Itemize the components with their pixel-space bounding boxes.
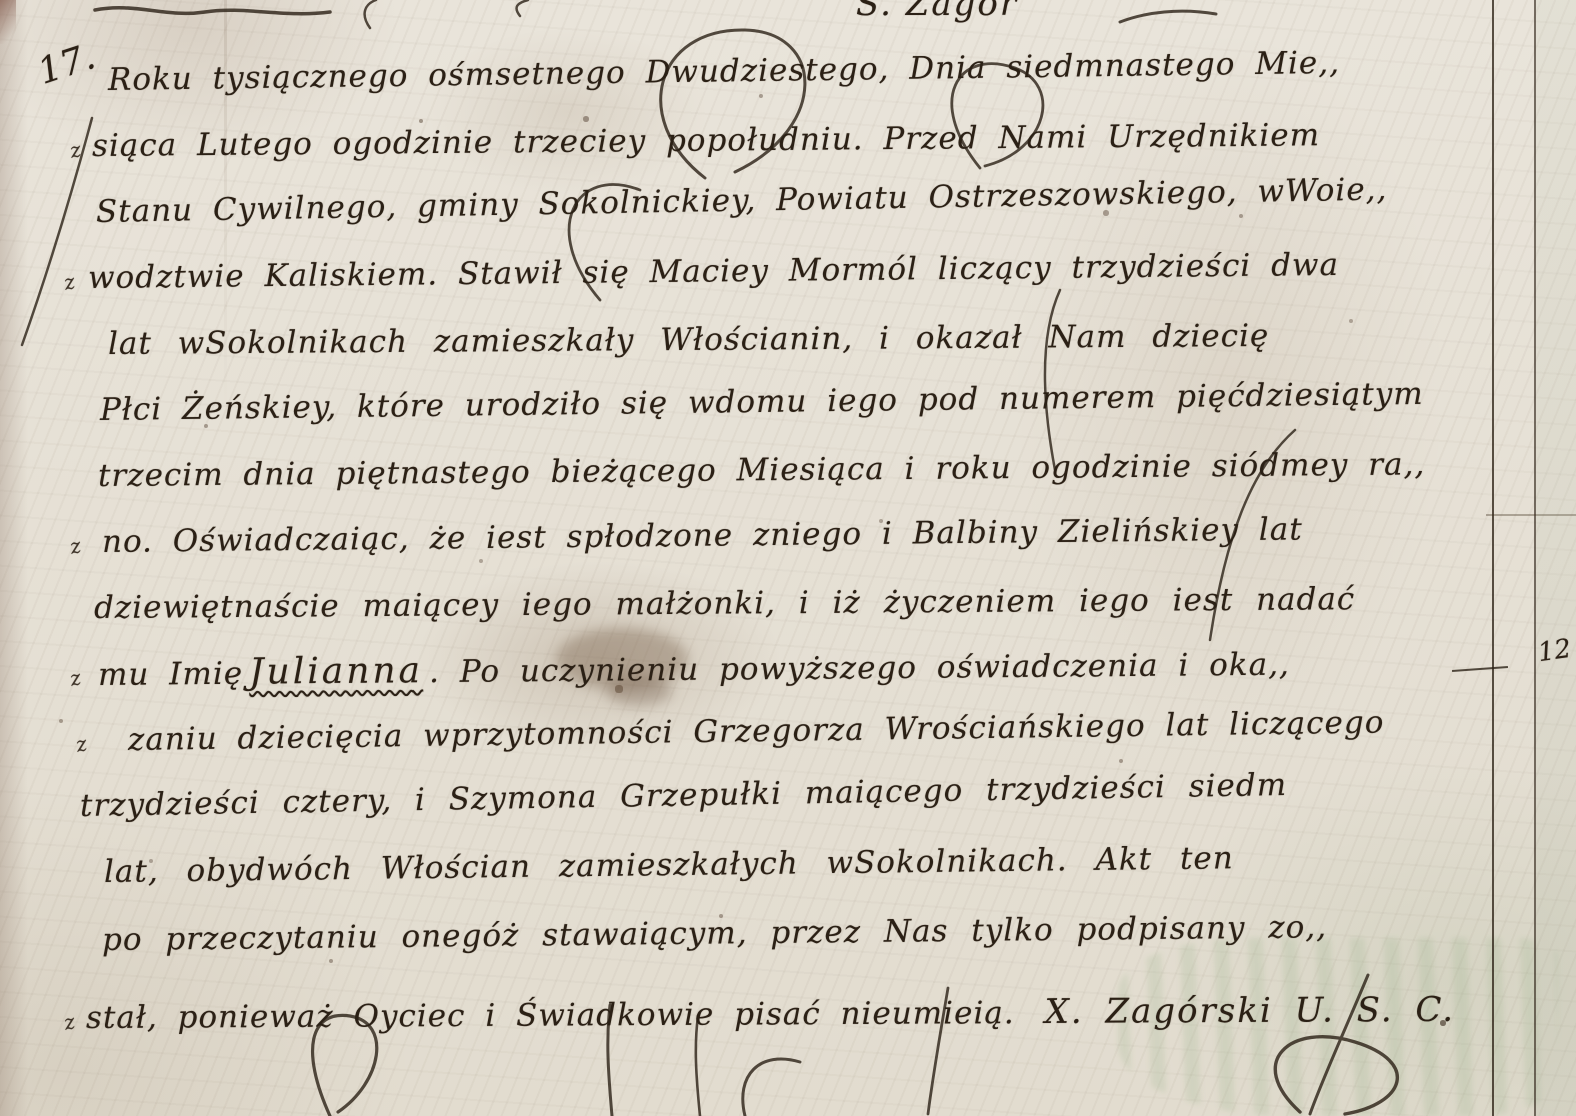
record-number: 17. <box>33 36 100 93</box>
manuscript-line: no. Oświadczaiąc, że iest spłodzone znie… <box>102 507 1303 564</box>
hyphen-continuation-mark: z <box>68 137 83 163</box>
manuscript-line: zaniu dziecięcia wprzytomności Grzegorza… <box>128 700 1385 762</box>
manuscript-line: po przeczytaniu onegóż stawaiącym, przez… <box>102 905 1327 962</box>
previous-record-signature-fragment: S. Zagór <box>856 0 1018 24</box>
ink-specks <box>0 0 2 2</box>
hyphen-continuation-mark: z <box>62 269 77 295</box>
hyphen-continuation-mark: z <box>68 533 83 559</box>
hyphen-continuation-mark: z <box>62 1009 77 1035</box>
manuscript-line: Roku tysiącznego ośmsetnego Dwudziestego… <box>108 41 1341 102</box>
manuscript-line: trzecim dnia piętnastego bieżącego Miesi… <box>98 442 1426 498</box>
page-edge-column <box>1536 0 1576 1116</box>
manuscript-line: trzydzieści cztery, i Szymona Grzepułki … <box>80 763 1288 828</box>
manuscript-line: Stanu Cywilnego, gminy Sokolnickiey, Pow… <box>96 167 1388 234</box>
manuscript-line: Płci Żeńskiey, które urodziło się wdomu … <box>100 372 1424 432</box>
registrar-signature: X. Zagórski U. S. C. <box>1045 990 1456 1032</box>
margin-annotation-number: 12 <box>1536 634 1573 668</box>
manuscript-line: wodztwie Kaliskiem. Stawił się Maciey Mo… <box>88 243 1339 300</box>
manuscript-line: dziewiętnaście maiącey iego małżonki, i … <box>94 577 1356 630</box>
margin-rule-line-left <box>1492 0 1494 1116</box>
name-line-prefix: mu Imię <box>98 656 243 693</box>
page-edge-dark-corner <box>0 0 16 44</box>
manuscript-page: S. Zagór 17. 12 z z z z z z Roku tysiącz… <box>0 0 1576 1116</box>
hyphen-continuation-mark: z <box>74 731 89 757</box>
manuscript-line: lat, obydwóch Włościan zamieszkałych wSo… <box>104 836 1234 894</box>
manuscript-line: siąca Lutego ogodzinie trzeciey popołudn… <box>92 113 1320 168</box>
closing-text: stał, ponieważ Oyciec i Świadkowie pisać… <box>86 995 1015 1036</box>
manuscript-closing-line: stał, ponieważ Oyciec i Świadkowie pisać… <box>86 988 1455 1040</box>
manuscript-line-child-name: mu ImięJulianna. Po uczynieniu powyższeg… <box>98 642 1290 697</box>
margin-dash-stroke <box>1452 666 1508 672</box>
name-line-suffix: . Po uczynieniu powyższego oświadczenia … <box>429 647 1290 691</box>
child-name: Julianna <box>243 650 429 693</box>
manuscript-line: lat wSokolnikach zamieszkały Włościanin,… <box>108 314 1270 366</box>
hyphen-continuation-mark: z <box>68 665 83 691</box>
